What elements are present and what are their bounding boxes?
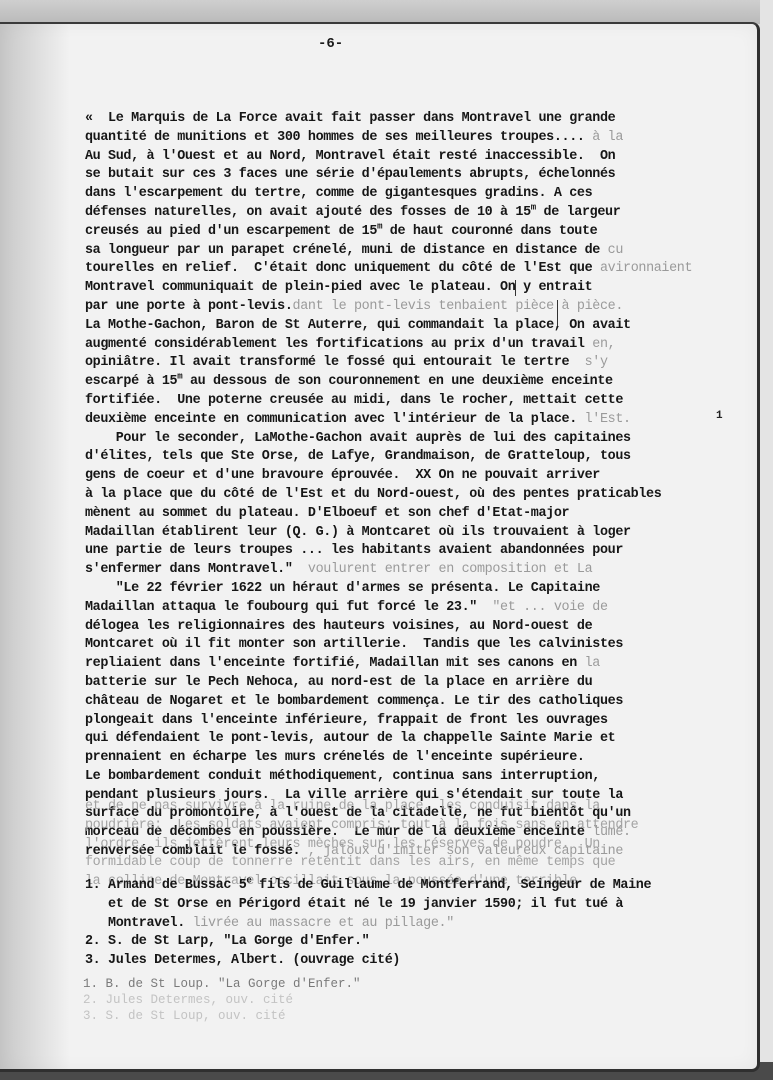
bleed-through-text: en, [585, 337, 616, 352]
line-text: escarpé à 15m au dessous de son couronne… [85, 374, 613, 389]
line-text: tourelles en relief. C'était donc unique… [85, 261, 592, 276]
line-text: repliaient dans l'enceinte fortifié, Mad… [85, 656, 577, 671]
text-line: augmenté considérablement les fortificat… [85, 336, 735, 355]
scanner-background-right [760, 0, 773, 1080]
text-line: par une porte à pont-levis.dant le pont-… [85, 298, 735, 317]
line-text: augmenté considérablement les fortificat… [85, 337, 585, 352]
text-line: deuxième enceinte en communication avec … [85, 411, 735, 430]
line-text: deuxième enceinte en communication avec … [85, 412, 577, 427]
text-line: Montravel communiquait de plein-pied ave… [85, 279, 735, 298]
line-text: mènent au sommet du plateau. D'Elboeuf e… [85, 506, 569, 521]
page-number: -6- [318, 36, 343, 52]
text-line: Madaillan attaqua le foubourg qui fut fo… [85, 599, 735, 618]
line-text: batterie sur le Pech Nehoca, au nord-est… [85, 675, 592, 690]
text-line: s'enfermer dans Montravel." voulurent en… [85, 561, 735, 580]
text-line: batterie sur le Pech Nehoca, au nord-est… [85, 674, 735, 693]
text-line: d'élites, tels que Ste Orse, de Lafye, G… [85, 448, 735, 467]
text-line: prennaient en écharpe les murs crénelés … [85, 749, 735, 768]
text-line: opiniâtre. Il avait transformé le fossé … [85, 354, 735, 373]
line-text: une partie de leurs troupes ... les habi… [85, 543, 623, 558]
line-text: gens de coeur et d'une bravoure éprouvée… [85, 468, 600, 483]
bleed-through-text: la [577, 656, 600, 671]
text-line: château de Nogaret et le bombardement co… [85, 693, 735, 712]
bleed-through-text: dant le pont-levis tenbaient pièce à piè… [293, 299, 624, 314]
line-text: sa longueur par un parapet crénelé, muni… [85, 243, 600, 258]
line-text: s'enfermer dans Montravel." [85, 562, 293, 577]
footnote-line: 3. Jules Determes, Albert. (ouvrage cité… [85, 952, 745, 971]
faded-line: et de ne pas survivre à la ruine de la p… [85, 798, 735, 817]
bleed-through-text: l'Est. [577, 412, 631, 427]
scanner-background-top [0, 0, 773, 24]
line-text: opiniâtre. Il avait transformé le fossé … [85, 355, 569, 370]
text-line: Au Sud, à l'Ouest et au Nord, Montravel … [85, 148, 735, 167]
bleed-note-line: 3. S. de St Loup, ouv. cité [83, 1008, 361, 1024]
line-text: par une porte à pont-levis. [85, 299, 293, 314]
line-text: défenses naturelles, on avait ajouté des… [85, 205, 620, 220]
main-body-text: « Le Marquis de La Force avait fait pass… [85, 110, 735, 862]
text-line: se butait sur ces 3 faces une série d'ép… [85, 166, 735, 185]
line-text: délogea les religionnaires des hauteurs … [85, 619, 592, 634]
text-line: escarpé à 15m au dessous de son couronne… [85, 373, 735, 392]
line-text: se butait sur ces 3 faces une série d'ép… [85, 167, 615, 182]
line-text: d'élites, tels que Ste Orse, de Lafye, G… [85, 449, 631, 464]
margin-footnote-mark: 1 [716, 410, 723, 422]
text-line: gens de coeur et d'une bravoure éprouvée… [85, 467, 735, 486]
bleed-through-footnotes: 1. B. de St Loup. "La Gorge d'Enfer."2. … [83, 976, 361, 1024]
page-edge-shadow [0, 24, 70, 1069]
text-line: Montcaret où il fit monter son artilleri… [85, 636, 735, 655]
pencil-mark [557, 300, 558, 326]
text-line: défenses naturelles, on avait ajouté des… [85, 204, 735, 223]
faded-line: formidable coup de tonnerre retentit dan… [85, 854, 735, 873]
bleed-through-text: cu [600, 243, 623, 258]
text-line: Madaillan établirent leur (Q. G.) à Mont… [85, 524, 735, 543]
text-line: dans l'escarpement du tertre, comme de g… [85, 185, 735, 204]
text-line: sa longueur par un parapet crénelé, muni… [85, 242, 735, 261]
bleed-through-text: voulurent entrer en composition et La [293, 562, 593, 577]
text-line: « Le Marquis de La Force avait fait pass… [85, 110, 735, 129]
text-line: délogea les religionnaires des hauteurs … [85, 618, 735, 637]
footnote-line: Montravel. livrée au massacre et au pill… [85, 915, 745, 934]
footnote-line: 1. Armand de Bussac 5e fils de Guillaume… [85, 877, 745, 896]
line-text: dans l'escarpement du tertre, comme de g… [85, 186, 592, 201]
faded-line: poudrière; Les soldats avaient compris; … [85, 817, 735, 836]
line-text: Madaillan attaqua le foubourg qui fut fo… [85, 600, 477, 615]
line-text: « Le Marquis de La Force avait fait pass… [85, 111, 615, 126]
text-line: creusés au pied d'un escarpement de 15m … [85, 223, 735, 242]
text-line: Pour le seconder, LaMothe-Gachon avait a… [85, 430, 735, 449]
bleed-through-text: livrée au massacre et au pillage." [185, 916, 454, 931]
text-line: Le bombardement conduit méthodiquement, … [85, 768, 735, 787]
bleed-note-line: 1. B. de St Loup. "La Gorge d'Enfer." [83, 976, 361, 992]
line-text: creusés au pied d'un escarpement de 15m … [85, 224, 597, 239]
text-line: fortifiée. Une poterne creusée au midi, … [85, 392, 735, 411]
line-text: Pour le seconder, LaMothe-Gachon avait a… [85, 431, 631, 446]
bleed-through-text: avironnaient [592, 261, 692, 276]
faded-line: l'ordre, ils jettèrent leurs mèches sur … [85, 836, 735, 855]
line-text: quantité de munitions et 300 hommes de s… [85, 130, 585, 145]
bleed-through-text: "et ... voie de [477, 600, 608, 615]
text-line: à la place que du côté de l'Est et du No… [85, 486, 735, 505]
line-text: Montcaret où il fit monter son artilleri… [85, 637, 623, 652]
text-line: "Le 22 février 1622 un héraut d'armes se… [85, 580, 735, 599]
line-text: Montravel communiquait de plein-pied ave… [85, 280, 592, 295]
line-text: "Le 22 février 1622 un héraut d'armes se… [85, 581, 600, 596]
line-text: qui défendaient le pont-levis, autour de… [85, 731, 615, 746]
pencil-mark [515, 280, 516, 296]
text-line: plongeait dans l'enceinte inférieure, fr… [85, 712, 735, 731]
typewritten-page: -6- « Le Marquis de La Force avait fait … [0, 22, 760, 1072]
text-line: tourelles en relief. C'était donc unique… [85, 260, 735, 279]
text-line: mènent au sommet du plateau. D'Elboeuf e… [85, 505, 735, 524]
line-text: plongeait dans l'enceinte inférieure, fr… [85, 713, 608, 728]
text-line: quantité de munitions et 300 hommes de s… [85, 129, 735, 148]
text-line: une partie de leurs troupes ... les habi… [85, 542, 735, 561]
line-text: fortifiée. Une poterne creusée au midi, … [85, 393, 623, 408]
footnote-line: et de St Orse en Périgord était né le 19… [85, 896, 745, 915]
text-line: qui défendaient le pont-levis, autour de… [85, 730, 735, 749]
footnotes-block: 1. Armand de Bussac 5e fils de Guillaume… [85, 877, 745, 971]
text-line: La Mothe-Gachon, Baron de St Auterre, qu… [85, 317, 735, 336]
line-text: Au Sud, à l'Ouest et au Nord, Montravel … [85, 149, 615, 164]
line-text: château de Nogaret et le bombardement co… [85, 694, 623, 709]
bleed-note-line: 2. Jules Determes, ouv. cité [83, 992, 361, 1008]
line-text: Le bombardement conduit méthodiquement, … [85, 769, 600, 784]
line-text: prennaient en écharpe les murs crénelés … [85, 750, 585, 765]
line-text: à la place que du côté de l'Est et du No… [85, 487, 661, 502]
text-line: repliaient dans l'enceinte fortifié, Mad… [85, 655, 735, 674]
bleed-through-text: s'y [569, 355, 607, 370]
footnote-line: 2. S. de St Larp, "La Gorge d'Enfer." [85, 933, 745, 952]
line-text: Madaillan établirent leur (Q. G.) à Mont… [85, 525, 631, 540]
line-text: La Mothe-Gachon, Baron de St Auterre, qu… [85, 318, 631, 333]
bleed-through-text: à la [585, 130, 623, 145]
